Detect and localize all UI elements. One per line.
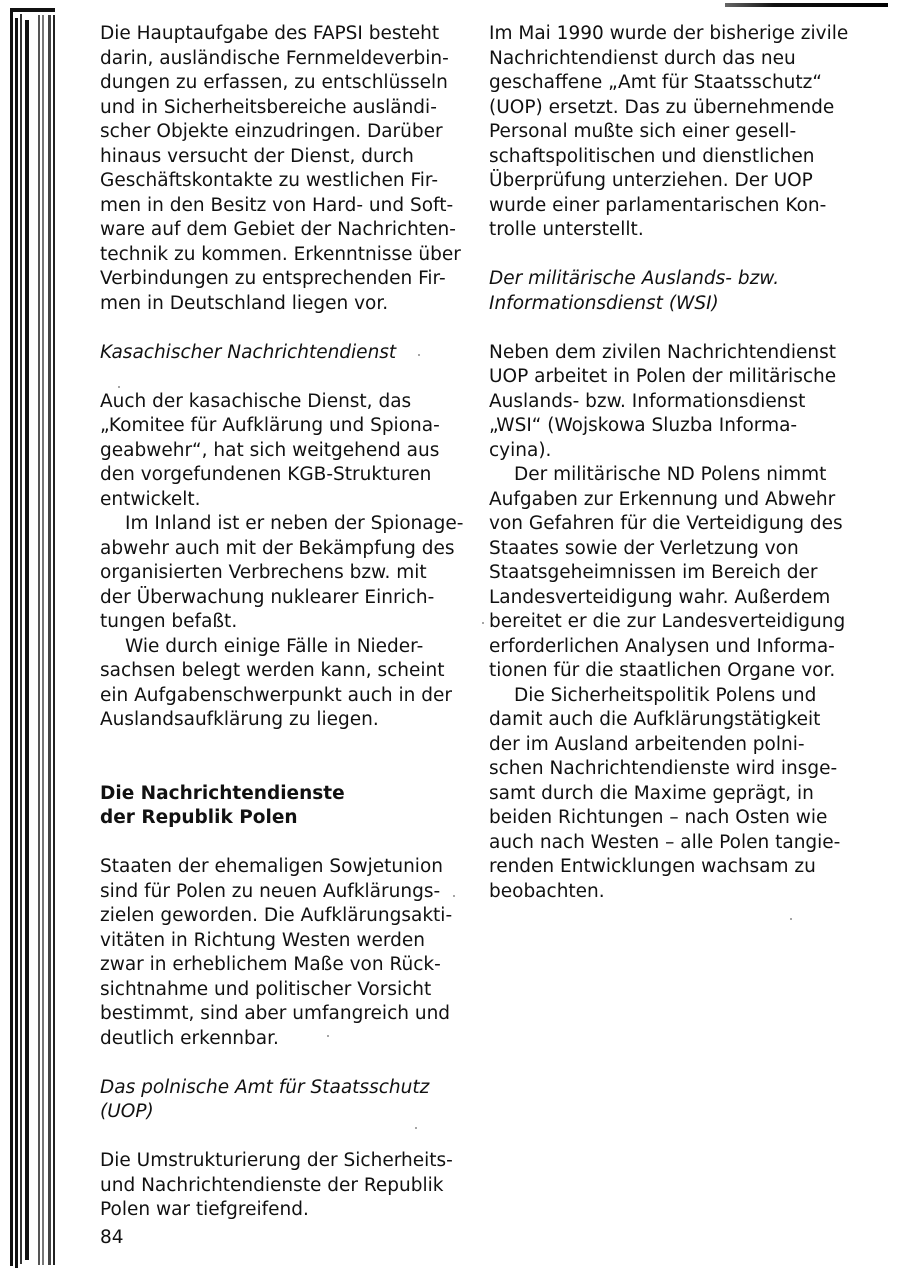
- binding-line: [25, 20, 29, 1260]
- subheading-text: Informationsdienst (WSI): [489, 292, 859, 317]
- paragraph-inland: Im Inland ist er neben der Spionage- abw…: [100, 512, 470, 635]
- text-line: Verbindungen zu entsprechenden Fir-: [100, 267, 470, 292]
- text-line: Personal mußte sich einer gesell-: [489, 120, 859, 145]
- scan-speck: [790, 918, 792, 920]
- text-line: Im Inland ist er neben der Spionage-: [100, 512, 470, 537]
- text-line: cyina).: [489, 439, 859, 464]
- subheading-text: Der militärische Auslands- bzw.: [489, 267, 859, 292]
- top-rule: [725, 3, 888, 7]
- text-line: und in Sicherheitsbereiche ausländi-: [100, 96, 470, 121]
- text-line: schaftspolitischen und dienstlichen: [489, 145, 859, 170]
- paragraph-fapsi: Die Hauptaufgabe des FAPSI besteht darin…: [100, 22, 470, 316]
- text-line: Der militärische ND Polens nimmt: [489, 463, 859, 488]
- subheading-text: (UOP): [100, 1100, 470, 1125]
- scan-binding-edge: [0, 0, 70, 1276]
- scan-speck: [415, 1127, 417, 1129]
- text-line: geabwehr“, hat sich weitgehend aus: [100, 439, 470, 464]
- text-line: sind für Polen zu neuen Aufklärungs-: [100, 880, 470, 905]
- text-line: bereitet er die zur Landesverteidigung: [489, 610, 859, 635]
- text-line: scher Objekte einzudringen. Darüber: [100, 120, 470, 145]
- text-line: men in den Besitz von Hard- und Soft-: [100, 194, 470, 219]
- paragraph-mai-1990: Im Mai 1990 wurde der bisherige zivile N…: [489, 22, 859, 243]
- text-line: „Komitee für Aufklärung und Spiona-: [100, 414, 470, 439]
- text-line: Polen war tiefgreifend.: [100, 1198, 470, 1223]
- text-line: der Überwachung nuklearer Einrich-: [100, 586, 470, 611]
- subheading-text: Kasachischer Nachrichtendienst: [100, 341, 470, 366]
- text-line: ware auf dem Gebiet der Nachrichten-: [100, 218, 470, 243]
- binding-line: [38, 15, 40, 1265]
- text-line: Staaten der ehemaligen Sowjetunion: [100, 855, 470, 880]
- text-line: technik zu kommen. Erkenntnisse über: [100, 243, 470, 268]
- heading-line: der Republik Polen: [100, 806, 470, 831]
- text-line: renden Entwicklungen wachsam zu: [489, 855, 859, 880]
- paragraph-militaerischer-nd: Der militärische ND Polens nimmt Aufgabe…: [489, 463, 859, 684]
- text-line: deutlich erkennbar.: [100, 1027, 470, 1052]
- left-column: Die Hauptaufgabe des FAPSI besteht darin…: [100, 22, 470, 1223]
- text-line: Staatsgeheimnissen im Bereich der: [489, 561, 859, 586]
- paragraph-wsi: Neben dem zivilen Nachrichtendienst UOP …: [489, 341, 859, 464]
- text-line: Landesverteidigung wahr. Außerdem: [489, 586, 859, 611]
- text-line: tionen für die staatlichen Organe vor.: [489, 659, 859, 684]
- subheading-militaerischer-dienst-wsi: Der militärische Auslands- bzw. Informat…: [489, 267, 859, 316]
- text-line: von Gefahren für die Verteidigung des: [489, 512, 859, 537]
- scan-speck: [453, 895, 455, 897]
- text-line: erforderlichen Analysen und Informa-: [489, 635, 859, 660]
- paragraph-umstrukturierung: Die Umstrukturierung der Sicherheits- un…: [100, 1149, 470, 1223]
- text-line: zwar in erheblichem Maße von Rück-: [100, 953, 470, 978]
- binding-line: [42, 15, 44, 1265]
- text-line: beiden Richtungen – nach Osten wie: [489, 806, 859, 831]
- text-line: Aufgaben zur Erkennung und Abwehr: [489, 488, 859, 513]
- scan-speck: [482, 622, 484, 624]
- text-line: samt durch die Maxime geprägt, in: [489, 782, 859, 807]
- text-line: Auslandsaufklärung zu liegen.: [100, 708, 470, 733]
- text-line: zielen geworden. Die Aufklärungsakti-: [100, 904, 470, 929]
- binding-line: [53, 15, 55, 1265]
- text-line: UOP arbeitet in Polen der militärische: [489, 365, 859, 390]
- text-line: Geschäftskontakte zu westlichen Fir-: [100, 169, 470, 194]
- text-line: tungen befaßt.: [100, 610, 470, 635]
- paragraph-sowjetunion: Staaten der ehemaligen Sowjetunion sind …: [100, 855, 470, 1051]
- text-line: den vorgefundenen KGB-Strukturen: [100, 463, 470, 488]
- text-line: „WSI“ (Wojskowa Sluzba Informa-: [489, 414, 859, 439]
- text-line: abwehr auch mit der Bekämpfung des: [100, 537, 470, 562]
- scan-speck: [118, 386, 120, 388]
- paragraph-niedersachsen: Wie durch einige Fälle in Nieder- sachse…: [100, 635, 470, 733]
- text-line: Die Umstrukturierung der Sicherheits-: [100, 1149, 470, 1174]
- text-line: Neben dem zivilen Nachrichtendienst: [489, 341, 859, 366]
- paragraph-sicherheitspolitik: Die Sicherheitspolitik Polens und damit …: [489, 684, 859, 905]
- heading-nachrichtendienste-polen: Die Nachrichtendienste der Republik Pole…: [100, 782, 470, 831]
- text-line: sachsen belegt werden kann, scheint: [100, 659, 470, 684]
- text-line: organisierten Verbrechens bzw. mit: [100, 561, 470, 586]
- right-column: Im Mai 1990 wurde der bisherige zivile N…: [489, 22, 859, 904]
- text-line: beobachten.: [489, 880, 859, 905]
- text-line: men in Deutschland liegen vor.: [100, 292, 470, 317]
- text-line: ein Aufgabenschwerpunkt auch in der: [100, 684, 470, 709]
- binding-line: [20, 14, 22, 1264]
- text-line: Im Mai 1990 wurde der bisherige zivile: [489, 22, 859, 47]
- binding-line: [10, 10, 13, 1266]
- text-line: Staates sowie der Verletzung von: [489, 537, 859, 562]
- text-line: und Nachrichtendienste der Republik: [100, 1174, 470, 1199]
- text-line: Die Sicherheitspolitik Polens und: [489, 684, 859, 709]
- text-line: Wie durch einige Fälle in Nieder-: [100, 635, 470, 660]
- binding-top-rule: [10, 8, 55, 12]
- text-line: sichtnahme und politischer Vorsicht: [100, 978, 470, 1003]
- text-line: auch nach Westen – alle Polen tangie-: [489, 831, 859, 856]
- text-line: (UOP) ersetzt. Das zu übernehmende: [489, 96, 859, 121]
- subheading-text: Das polnische Amt für Staatsschutz: [100, 1076, 470, 1101]
- text-line: entwickelt.: [100, 488, 470, 513]
- scan-speck: [327, 1035, 329, 1037]
- text-line: darin, ausländische Fernmeldeverbin-: [100, 47, 470, 72]
- text-line: bestimmt, sind aber umfangreich und: [100, 1002, 470, 1027]
- text-line: damit auch die Aufklärungstätigkeit: [489, 708, 859, 733]
- paragraph-kasachischer-dienst: Auch der kasachische Dienst, das „Komite…: [100, 390, 470, 513]
- scan-speck: [418, 354, 420, 356]
- subheading-kasachischer-nachrichtendienst: Kasachischer Nachrichtendienst: [100, 341, 470, 366]
- text-line: vitäten in Richtung Westen werden: [100, 929, 470, 954]
- binding-line: [48, 15, 51, 1265]
- subheading-amt-fuer-staatsschutz: Das polnische Amt für Staatsschutz (UOP): [100, 1076, 470, 1125]
- text-line: dungen zu erfassen, zu entschlüsseln: [100, 71, 470, 96]
- text-line: der im Ausland arbeitenden polni-: [489, 733, 859, 758]
- text-line: wurde einer parlamentarischen Kon-: [489, 194, 859, 219]
- binding-line: [15, 18, 18, 1268]
- text-line: Auslands- bzw. Informationsdienst: [489, 390, 859, 415]
- heading-line: Die Nachrichtendienste: [100, 782, 470, 807]
- text-line: Überprüfung unterziehen. Der UOP: [489, 169, 859, 194]
- text-line: geschaffene „Amt für Staatsschutz“: [489, 71, 859, 96]
- text-line: Die Hauptaufgabe des FAPSI besteht: [100, 22, 470, 47]
- text-line: Nachrichtendienst durch das neu: [489, 47, 859, 72]
- text-line: trolle unterstellt.: [489, 218, 859, 243]
- text-line: hinaus versucht der Dienst, durch: [100, 145, 470, 170]
- text-line: schen Nachrichtendienste wird insge-: [489, 757, 859, 782]
- text-line: Auch der kasachische Dienst, das: [100, 390, 470, 415]
- page-number: 84: [100, 1227, 124, 1248]
